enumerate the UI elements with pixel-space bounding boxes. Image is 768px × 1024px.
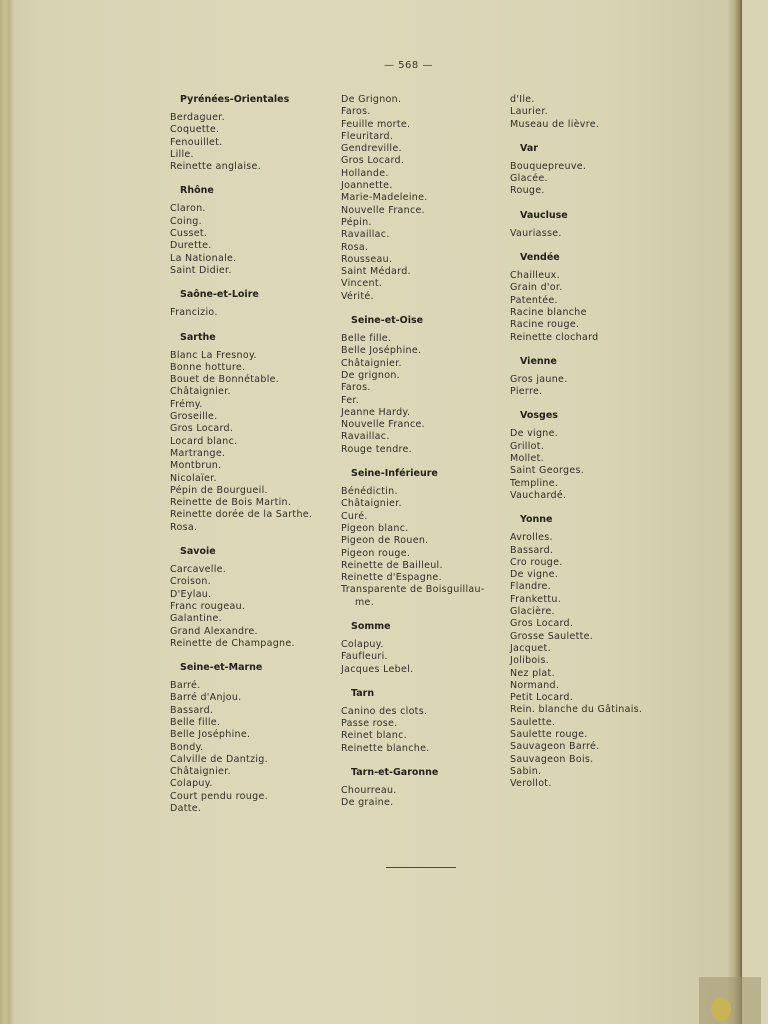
variety-name: Rouge. [510, 185, 680, 197]
section-spacer [510, 344, 680, 356]
variety-name: Frémy. [170, 399, 340, 411]
section-spacer [341, 456, 511, 468]
variety-name: Jeanne Hardy. [341, 407, 511, 419]
variety-name: Fer. [341, 395, 511, 407]
variety-name: Pierre. [510, 386, 680, 398]
variety-name: Faufleuri. [341, 651, 511, 663]
region-heading: Rhône [170, 185, 340, 197]
section-spacer [510, 198, 680, 210]
variety-name: Pépin. [341, 217, 511, 229]
variety-name: Gendreville. [341, 143, 511, 155]
variety-name: Petit Locard. [510, 692, 680, 704]
variety-name: Barré d'Anjou. [170, 692, 340, 704]
section-spacer [510, 240, 680, 252]
variety-name: Pépin de Bourgueil. [170, 485, 340, 497]
variety-name: Hollande. [341, 168, 511, 180]
variety-name: Patentée. [510, 295, 680, 307]
variety-name: Pigeon de Rouen. [341, 535, 511, 547]
variety-name: Grosse Saulette. [510, 631, 680, 643]
variety-name: Faros. [341, 382, 511, 394]
variety-name: Ravaillac. [341, 229, 511, 241]
variety-name: Bassard. [170, 705, 340, 717]
variety-name: Gros Locard. [341, 155, 511, 167]
variety-name: Vérité. [341, 291, 511, 303]
section-spacer [170, 320, 340, 332]
variety-name: Pigeon rouge. [341, 548, 511, 560]
variety-name: Avrolles. [510, 532, 680, 544]
variety-name: Vauchardé. [510, 490, 680, 502]
region-section: Seine-et-OiseBelle fille.Belle Joséphine… [341, 315, 511, 456]
region-section: SommeColapuy.Faufleuri.Jacques Lebel. [341, 621, 511, 676]
section-spacer [341, 755, 511, 767]
variety-name: Rein. blanche du Gâtinais. [510, 704, 680, 716]
variety-name: Gros Locard. [510, 618, 680, 630]
variety-name: d'Ile. [510, 94, 680, 106]
region-heading: Seine-et-Oise [341, 315, 511, 327]
variety-name: Reinette blanche. [341, 743, 511, 755]
variety-name: D'Eylau. [170, 589, 340, 601]
variety-name: Belle Joséphine. [341, 345, 511, 357]
variety-name: Belle fille. [341, 333, 511, 345]
variety-name: Nouvelle France. [341, 205, 511, 217]
region-section: SavoieCarcavelle.Croison.D'Eylau.Franc r… [170, 546, 340, 650]
variety-name: Fleuritard. [341, 131, 511, 143]
adjacent-page-edge [742, 0, 768, 1024]
variety-name: Gros jaune. [510, 374, 680, 386]
variety-name: Bonne hotture. [170, 362, 340, 374]
variety-name: Locard blanc. [170, 436, 340, 448]
variety-name: Datte. [170, 803, 340, 815]
variety-name: Carcavelle. [170, 564, 340, 576]
region-section: Seine-et-MarneBarré.Barré d'Anjou.Bassar… [170, 662, 340, 815]
variety-name: Rosa. [170, 522, 340, 534]
variety-name: Châtaignier. [341, 498, 511, 510]
variety-name: Jolibois. [510, 655, 680, 667]
variety-name: Sauvageon Bois. [510, 754, 680, 766]
variety-name: Bassard. [510, 545, 680, 557]
variety-name: Sauvageon Barré. [510, 741, 680, 753]
variety-name: Reinette de Bailleul. [341, 560, 511, 572]
variety-name: Châtaignier. [170, 386, 340, 398]
variety-name: De vigne. [510, 569, 680, 581]
variety-name: Faros. [341, 106, 511, 118]
variety-name: Coing. [170, 216, 340, 228]
variety-name: Rousseau. [341, 254, 511, 266]
region-heading: Seine-Inférieure [341, 468, 511, 480]
variety-name: Belle Joséphine. [170, 729, 340, 741]
variety-name: Bouquepreuve. [510, 161, 680, 173]
section-spacer [170, 650, 340, 662]
variety-name: Claron. [170, 203, 340, 215]
variety-name: me. [341, 597, 511, 609]
variety-name: Blanc La Fresnoy. [170, 350, 340, 362]
region-heading: Vienne [510, 356, 680, 368]
variety-name: Jacquet. [510, 643, 680, 655]
variety-name: Reinette clochard [510, 332, 680, 344]
variety-name: Reinette dorée de la Sarthe. [170, 509, 340, 521]
variety-name: Cro rouge. [510, 557, 680, 569]
variety-name: Grillot. [510, 441, 680, 453]
variety-name: Marie-Madeleine. [341, 192, 511, 204]
variety-name: Racine rouge. [510, 319, 680, 331]
variety-name: Saint Didier. [170, 265, 340, 277]
region-heading: Somme [341, 621, 511, 633]
variety-name: De graine. [341, 797, 511, 809]
region-section: VaucluseVauriasse. [510, 210, 680, 240]
variety-name: Bénédictin. [341, 486, 511, 498]
variety-name: Sabin. [510, 766, 680, 778]
variety-name: Lille. [170, 149, 340, 161]
variety-name: Berdaguer. [170, 112, 340, 124]
variety-name: Franc rougeau. [170, 601, 340, 613]
region-heading: Yonne [510, 514, 680, 526]
variety-name: Reinet blanc. [341, 730, 511, 742]
variety-name: Mollet. [510, 453, 680, 465]
variety-name: Rouge tendre. [341, 444, 511, 456]
variety-name: Durette. [170, 240, 340, 252]
region-section: TarnCanino des clots.Passe rose.Reinet b… [341, 688, 511, 755]
variety-name: Normand. [510, 680, 680, 692]
variety-name: Gros Locard. [170, 423, 340, 435]
variety-name: Croison. [170, 576, 340, 588]
variety-name: De Grignon. [341, 94, 511, 106]
variety-name: Pigeon blanc. [341, 523, 511, 535]
section-spacer [341, 303, 511, 315]
variety-name: Joannette. [341, 180, 511, 192]
section-spacer [341, 609, 511, 621]
variety-name: Canino des clots. [341, 706, 511, 718]
region-section: De Grignon.Faros.Feuille morte.Fleuritar… [341, 94, 511, 303]
variety-name: Nouvelle France. [341, 419, 511, 431]
region-section: Seine-InférieureBénédictin.Châtaignier.C… [341, 468, 511, 609]
variety-name: Galantine. [170, 613, 340, 625]
fruit-icon [711, 997, 731, 1021]
variety-name: De grignon. [341, 370, 511, 382]
variety-name: Glacière. [510, 606, 680, 618]
variety-name: Rosa. [341, 242, 511, 254]
region-heading: Tarn [341, 688, 511, 700]
variety-name: Montbrun. [170, 460, 340, 472]
region-section: VendéeChailleux.Grain d'or.Patentée.Raci… [510, 252, 680, 344]
section-spacer [510, 398, 680, 410]
section-spacer [510, 131, 680, 143]
region-heading: Sarthe [170, 332, 340, 344]
variety-name: Saint Georges. [510, 465, 680, 477]
variety-name: Passe rose. [341, 718, 511, 730]
section-spacer [170, 277, 340, 289]
variety-name: Jacques Lebel. [341, 664, 511, 676]
variety-name: Châtaignier. [170, 766, 340, 778]
variety-name: Laurier. [510, 106, 680, 118]
section-spacer [170, 534, 340, 546]
region-section: YonneAvrolles.Bassard.Cro rouge.De vigne… [510, 514, 680, 790]
section-spacer [510, 502, 680, 514]
variety-name: Nicolaïer. [170, 473, 340, 485]
end-divider-rule [386, 867, 456, 868]
watermark-logo [699, 977, 761, 1024]
variety-name: Verollot. [510, 778, 680, 790]
region-section: d'Ile.Laurier.Museau de lièvre. [510, 94, 680, 131]
page-fold-shadow [728, 0, 742, 1024]
variety-name: Museau de lièvre. [510, 119, 680, 131]
section-spacer [170, 173, 340, 185]
region-heading: Savoie [170, 546, 340, 558]
region-heading: Pyrénées-Orientales [170, 94, 340, 106]
variety-name: Court pendu rouge. [170, 791, 340, 803]
variety-name: Racine blanche [510, 307, 680, 319]
variety-name: Barré. [170, 680, 340, 692]
region-section: Pyrénées-OrientalesBerdaguer.Coquette.Fe… [170, 94, 340, 173]
variety-name: De vigne. [510, 428, 680, 440]
variety-name: Chourreau. [341, 785, 511, 797]
variety-name: Vincent. [341, 278, 511, 290]
variety-name: Reinette de Bois Martin. [170, 497, 340, 509]
variety-name: Belle fille. [170, 717, 340, 729]
variety-name: Transparente de Boisguillau- [341, 584, 511, 596]
variety-name: Reinette d'Espagne. [341, 572, 511, 584]
variety-name: Groseille. [170, 411, 340, 423]
variety-name: Vauriasse. [510, 228, 680, 240]
variety-name: La Nationale. [170, 253, 340, 265]
column-2: De Grignon.Faros.Feuille morte.Fleuritar… [341, 94, 511, 810]
variety-name: Coquette. [170, 124, 340, 136]
variety-name: Cusset. [170, 228, 340, 240]
region-section: Tarn-et-GaronneChourreau.De graine. [341, 767, 511, 810]
region-heading: Var [510, 143, 680, 155]
column-1: Pyrénées-OrientalesBerdaguer.Coquette.Fe… [170, 94, 340, 815]
variety-name: Colapuy. [341, 639, 511, 651]
variety-name: Templine. [510, 478, 680, 490]
variety-name: Châtaignier. [341, 358, 511, 370]
region-heading: Vosges [510, 410, 680, 422]
region-heading: Vaucluse [510, 210, 680, 222]
column-3: d'Ile.Laurier.Museau de lièvre.VarBouque… [510, 94, 680, 790]
page-number: — 568 — [384, 60, 433, 71]
region-heading: Seine-et-Marne [170, 662, 340, 674]
variety-name: Saulette rouge. [510, 729, 680, 741]
variety-name: Grand Alexandre. [170, 626, 340, 638]
variety-name: Fenouillet. [170, 137, 340, 149]
region-heading: Saône-et-Loire [170, 289, 340, 301]
variety-name: Curé. [341, 511, 511, 523]
variety-name: Glacée. [510, 173, 680, 185]
variety-name: Saulette. [510, 717, 680, 729]
variety-name: Francizio. [170, 307, 340, 319]
variety-name: Reinette anglaise. [170, 161, 340, 173]
variety-name: Frankettu. [510, 594, 680, 606]
region-heading: Tarn-et-Garonne [341, 767, 511, 779]
variety-name: Colapuy. [170, 778, 340, 790]
variety-name: Grain d'or. [510, 282, 680, 294]
variety-name: Saint Médard. [341, 266, 511, 278]
variety-name: Bouet de Bonnétable. [170, 374, 340, 386]
variety-name: Flandre. [510, 581, 680, 593]
region-section: VarBouquepreuve.Glacée.Rouge. [510, 143, 680, 198]
book-page: — 568 — Pyrénées-OrientalesBerdaguer.Coq… [0, 0, 768, 1024]
variety-name: Feuille morte. [341, 119, 511, 131]
variety-name: Calville de Dantzig. [170, 754, 340, 766]
variety-name: Chailleux. [510, 270, 680, 282]
region-section: SartheBlanc La Fresnoy.Bonne hotture.Bou… [170, 332, 340, 534]
region-section: RhôneClaron.Coing.Cusset.Durette.La Nati… [170, 185, 340, 277]
variety-name: Reinette de Champagne. [170, 638, 340, 650]
region-section: Saône-et-LoireFrancizio. [170, 289, 340, 319]
variety-name: Nez plat. [510, 668, 680, 680]
variety-name: Martrange. [170, 448, 340, 460]
variety-name: Ravaillac. [341, 431, 511, 443]
section-spacer [341, 676, 511, 688]
book-binding-edge [0, 0, 14, 1024]
region-heading: Vendée [510, 252, 680, 264]
region-section: VosgesDe vigne.Grillot.Mollet.Saint Geor… [510, 410, 680, 502]
variety-name: Bondy. [170, 742, 340, 754]
region-section: VienneGros jaune.Pierre. [510, 356, 680, 399]
